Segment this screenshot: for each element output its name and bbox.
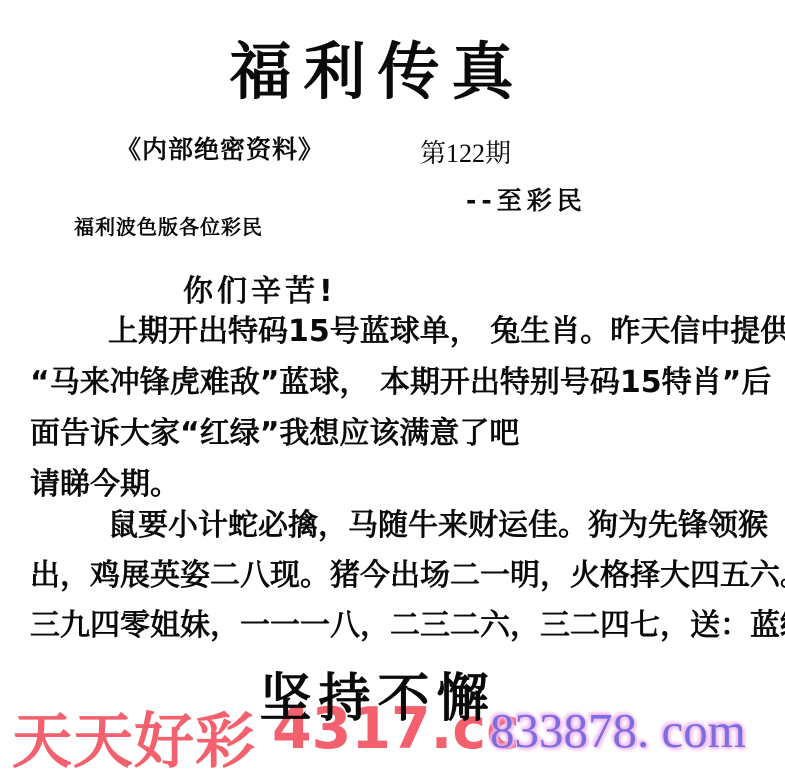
classified-label: 《内部绝密资料》 bbox=[116, 130, 324, 166]
greeting-line: 你们辛苦! bbox=[183, 266, 337, 310]
audience-line: 福利波色版各位彩民 bbox=[74, 211, 263, 240]
poem-line: 出，鸡展英姿二八现。猪今出场二一明，火格择大四五六。 bbox=[30, 551, 775, 601]
issue-number: 第122期 bbox=[420, 133, 511, 170]
domain-watermark-primary: 4317.cc bbox=[272, 696, 520, 762]
poem-line: 三九四零姐妹，一一一八，二三二六，三二四七，送：蓝绿 bbox=[30, 601, 775, 651]
domain-watermark-secondary: 833878. com bbox=[490, 702, 746, 759]
poem-line: 鼠要小计蛇必擒，马随牛来财运佳。狗为先锋领猴 bbox=[30, 501, 775, 551]
fax-document: 福利传真 《内部绝密资料》 第122期 --至彩民 福利波色版各位彩民 你们辛苦… bbox=[0, 0, 785, 772]
page-title: 福利传真 bbox=[0, 22, 755, 111]
zodiac-poem: 鼠要小计蛇必擒，马随牛来财运佳。狗为先锋领猴 出，鸡展英姿二八现。猪今出场二一明… bbox=[30, 501, 775, 651]
message-line: 上期开出特码15号蓝球单， 兔生肖。昨天信中提供 bbox=[30, 306, 775, 357]
message-line: “马来冲锋虎难敌”蓝球， 本期开出特别号码15特肖”后 bbox=[30, 357, 775, 408]
salutation: --至彩民 bbox=[466, 181, 587, 217]
message-line: 面告诉大家“红绿”我想应该满意了吧 bbox=[30, 408, 775, 459]
message-paragraph: 上期开出特码15号蓝球单， 兔生肖。昨天信中提供 “马来冲锋虎难敌”蓝球， 本期… bbox=[30, 306, 775, 510]
brand-watermark: 天天好彩 bbox=[12, 694, 256, 772]
